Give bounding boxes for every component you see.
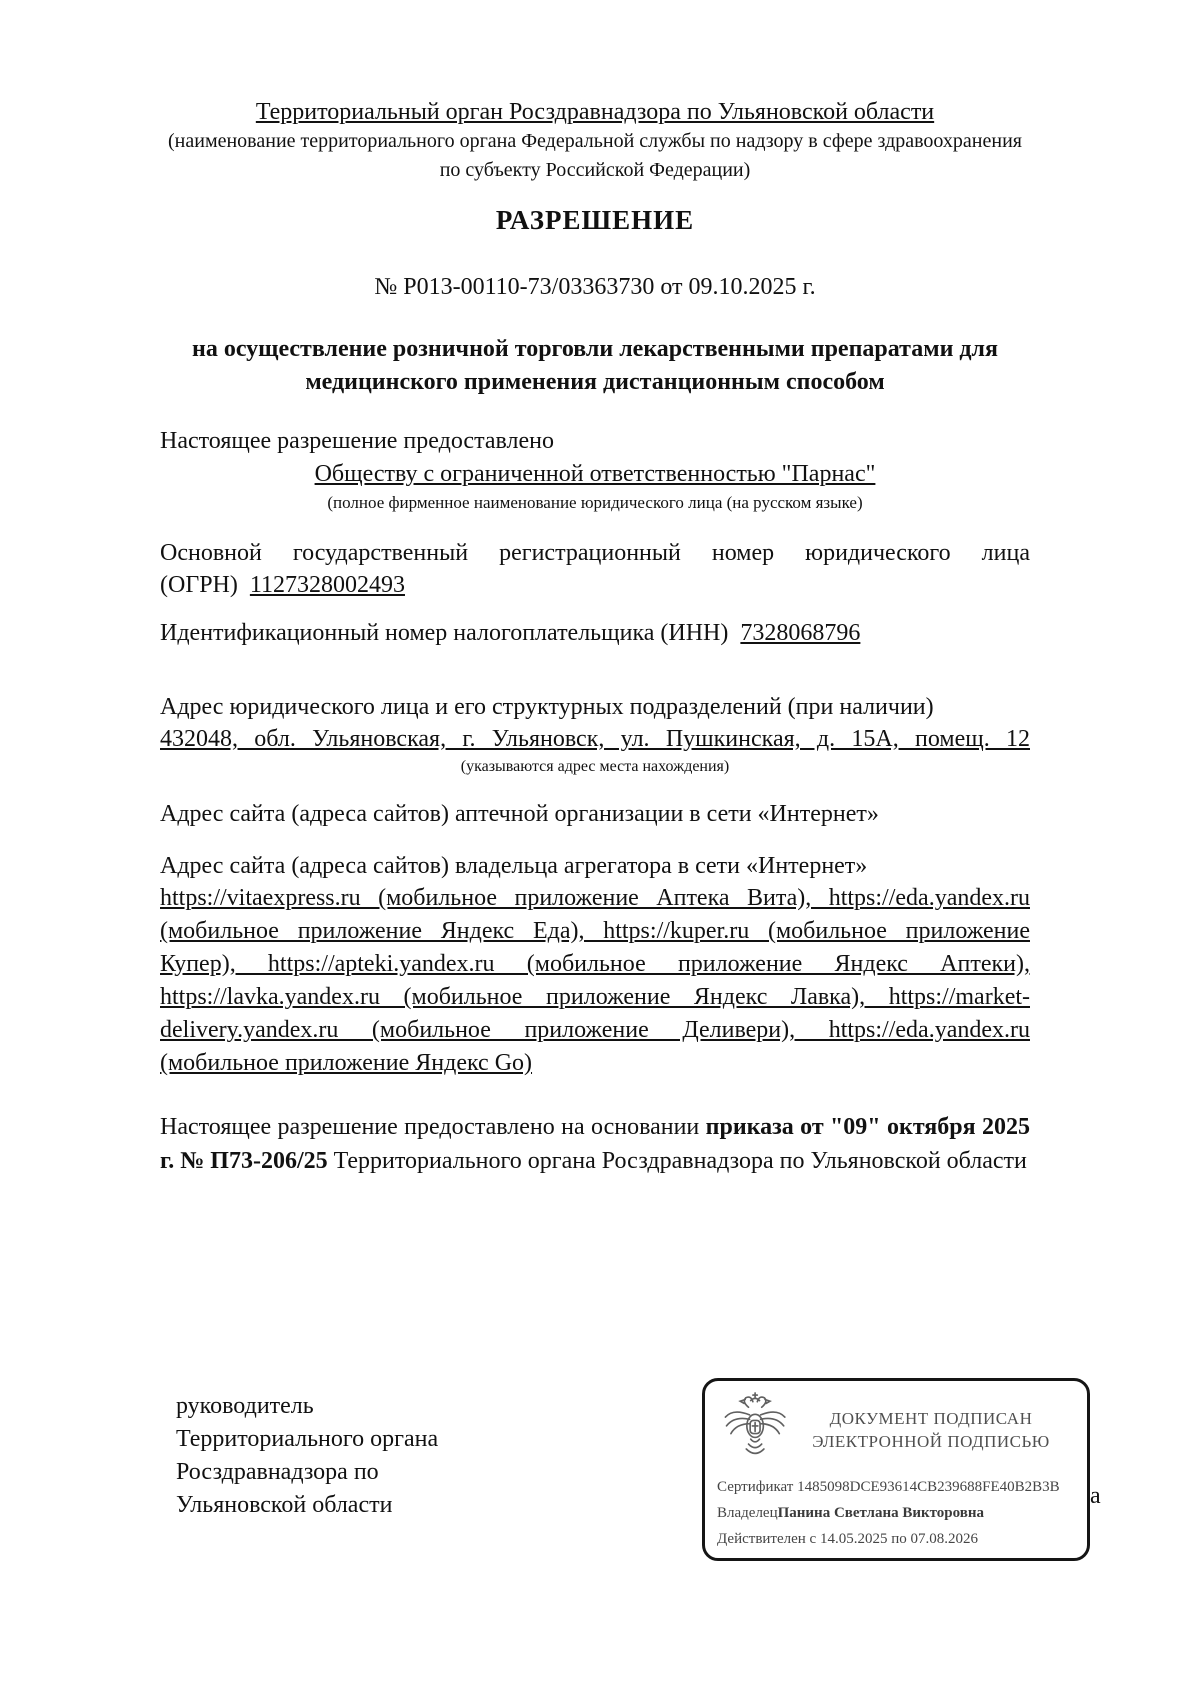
stray-character: а [1090,1480,1101,1512]
basis-prefix: Настоящее разрешение предоставлено на ос… [160,1114,706,1140]
legal-address-label: Адрес юридического лица и его структурны… [160,691,1030,723]
inn-value: 7328068796 [740,620,860,646]
signature-block: руководитель Территориального органа Рос… [160,1390,1030,1590]
stamp-heading-line1: ДОКУМЕНТ ПОДПИСАН [787,1407,1075,1430]
stamp-heading: ДОКУМЕНТ ПОДПИСАН ЭЛЕКТРОННОЙ ПОДПИСЬЮ [787,1407,1075,1453]
aggregator-sites-value: https://vitaexpress.ru (мобильное прилож… [160,882,1030,1080]
pharmacy-sites-label: Адрес сайта (адреса сайтов) аптечной орг… [160,798,1030,830]
aggregator-sites-label: Адрес сайта (адреса сайтов) владельца аг… [160,850,1030,882]
document-title: РАЗРЕШЕНИЕ [160,203,1030,237]
permit-subject: на осуществление розничной торговли лека… [160,333,1030,399]
stamp-header-row: ДОКУМЕНТ ПОДПИСАН ЭЛЕКТРОННОЙ ПОДПИСЬЮ [717,1391,1075,1472]
certificate-value: 1485098DCE93614CB239688FE40B2B3B [797,1479,1060,1495]
validity-line: Действителен с 14.05.2025 по 07.08.2026 [717,1528,1075,1550]
ogrn-label2: (ОГРН) [160,572,238,598]
certificate-label: Сертификат [717,1479,797,1495]
basis-suffix: Территориального органа Росздравнадзора … [328,1148,1027,1174]
electronic-signature-stamp: ДОКУМЕНТ ПОДПИСАН ЭЛЕКТРОННОЙ ПОДПИСЬЮ С… [702,1378,1090,1561]
authority-caption: (наименование территориального органа Фе… [160,127,1030,185]
legal-address-caption: (указываются адрес места нахождения) [160,755,1030,778]
ogrn-value: 1127328002493 [250,572,405,598]
authority-name: Территориальный орган Росздравнадзора по… [160,97,1030,127]
grantee-caption: (полное фирменное наименование юридическ… [160,491,1030,515]
inn-label: Идентификационный номер налогоплательщик… [160,620,728,646]
legal-address-value: 432048, обл. Ульяновская, г. Ульяновск, … [160,723,1030,755]
permit-number-line: № Р013-00110-73/03363730 от 09.10.2025 г… [160,271,1030,303]
grantee-name-text: Обществу с ограниченной ответственностью… [315,461,876,487]
double-headed-eagle-icon [721,1391,787,1472]
owner-label: Владелец [717,1505,778,1521]
grantee-name: Обществу с ограниченной ответственностью… [160,457,1030,491]
ogrn-label: Основной государственный регистрационный… [160,537,1030,569]
inn-line: Идентификационный номер налогоплательщик… [160,617,1030,649]
basis-paragraph: Настоящее разрешение предоставлено на ос… [160,1110,1030,1178]
owner-value: Панина Светлана Викторовна [778,1505,984,1521]
granted-intro: Настоящее разрешение предоставлено [160,425,1030,457]
ogrn-block: Основной государственный регистрационный… [160,537,1030,601]
owner-line: ВладелецПанина Светлана Викторовна [717,1502,1075,1524]
ogrn-value-line: (ОГРН)1127328002493 [160,569,1030,601]
permit-document-page: Территориальный орган Росздравнадзора по… [0,0,1191,1684]
stamp-heading-line2: ЭЛЕКТРОННОЙ ПОДПИСЬЮ [787,1430,1075,1453]
certificate-line: Сертификат 1485098DCE93614CB239688FE40B2… [717,1476,1075,1498]
